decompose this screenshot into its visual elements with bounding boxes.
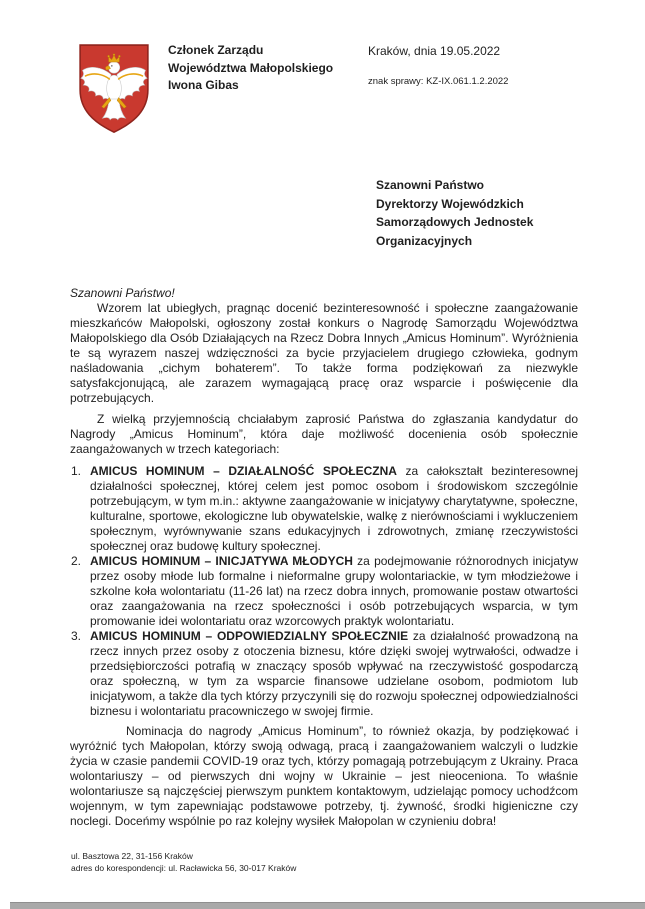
award-categories-list: 1. AMICUS HOMINUM – DZIAŁALNOŚĆ SPOŁECZN… — [70, 464, 578, 719]
award-category-title: AMICUS HOMINUM – DZIAŁALNOŚĆ SPOŁECZNA — [90, 464, 397, 478]
addressee-line: Samorządowych Jednostek — [376, 213, 533, 232]
paragraph-invitation: Z wielką przyjemnością chciałabym zapros… — [70, 412, 578, 457]
addressee-line: Organizacyjnych — [376, 232, 533, 251]
award-category-title: AMICUS HOMINUM – ODPOWIEDZIALNY SPOŁECZN… — [90, 629, 408, 643]
footer-address-line: ul. Basztowa 22, 31-156 Kraków — [71, 851, 296, 863]
sender-line: Iwona Gibas — [168, 77, 333, 95]
footer-address: ul. Basztowa 22, 31-156 Kraków adres do … — [71, 851, 296, 874]
window-edge-bar — [10, 902, 645, 909]
list-item: 3. AMICUS HOMINUM – ODPOWIEDZIALNY SPOŁE… — [70, 629, 578, 719]
sender-block: Członek Zarządu Województwa Małopolskieg… — [168, 42, 333, 95]
paragraph-closing: Nominacja do nagrody „Amicus Hominum”, t… — [70, 724, 578, 829]
malopolska-coat-of-arms-icon — [75, 42, 153, 136]
addressee-block: Szanowni Państwo Dyrektorzy Wojewódzkich… — [376, 176, 533, 250]
place-and-date: Kraków, dnia 19.05.2022 — [368, 44, 500, 58]
letter-body: Szanowni Państwo! Wzorem lat ubiegłych, … — [70, 286, 578, 829]
sender-line: Województwa Małopolskiego — [168, 60, 333, 78]
footer-address-line: adres do korespondencji: ul. Racławicka … — [71, 863, 296, 875]
addressee-line: Dyrektorzy Wojewódzkich — [376, 195, 533, 214]
sender-line: Członek Zarządu — [168, 42, 333, 60]
list-item-number: 3. — [71, 629, 81, 644]
list-item: 2. AMICUS HOMINUM – INICJATYWA MŁODYCH z… — [70, 554, 578, 629]
paragraph-intro: Wzorem lat ubiegłych, pragnąc docenić be… — [70, 301, 578, 406]
salutation: Szanowni Państwo! — [70, 286, 578, 301]
list-item-number: 1. — [71, 464, 81, 479]
list-item: 1. AMICUS HOMINUM – DZIAŁALNOŚĆ SPOŁECZN… — [70, 464, 578, 554]
case-reference: znak sprawy: KZ-IX.061.1.2.2022 — [368, 76, 508, 87]
letter-document-page: Członek Zarządu Województwa Małopolskieg… — [0, 0, 645, 909]
award-category-title: AMICUS HOMINUM – INICJATYWA MŁODYCH — [90, 554, 353, 568]
addressee-line: Szanowni Państwo — [376, 176, 533, 195]
list-item-number: 2. — [71, 554, 81, 569]
